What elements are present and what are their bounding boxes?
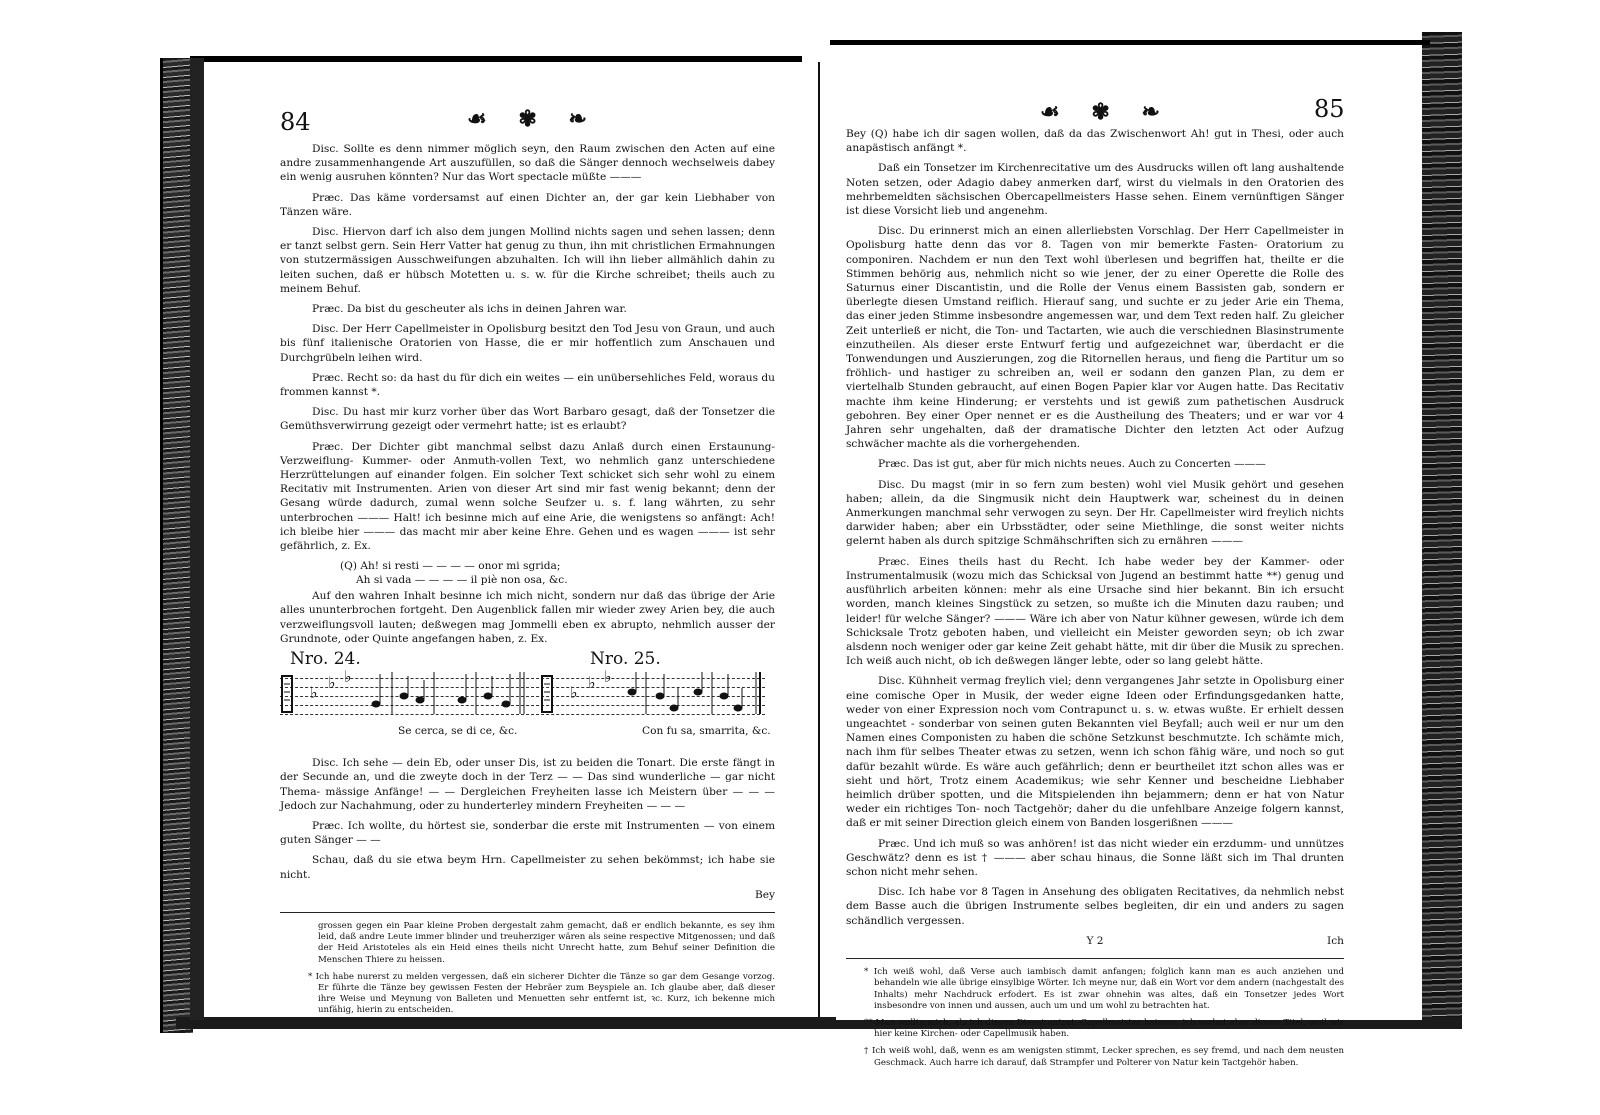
left-page-body: Disc. Sollte es denn nimmer möglich seyn…	[280, 142, 775, 1023]
paragraph: Disc. Der Herr Capellmeister in Opolisbu…	[280, 322, 775, 365]
paragraph: Præc. Der Dichter gibt manchmal selbst d…	[280, 440, 775, 554]
footnotes: * Ich weiß wohl, daß Verse auch iambisch…	[846, 967, 1344, 1069]
music-notation: ♭♭♭ ♭♭♭	[280, 670, 765, 720]
footnote: * Ich weiß wohl, daß Verse auch iambisch…	[864, 967, 1344, 1012]
paragraph: Daß ein Tonsetzer im Kirchenrecitative u…	[846, 161, 1344, 218]
header-ornament: ☙ ✾ ❧	[467, 106, 599, 132]
paragraph: Disc. Hiervon darf ich also dem jungen M…	[280, 225, 775, 296]
right-page: 85 ☙ ✾ ❧ Bey (Q) habe ich dir sagen woll…	[836, 45, 1422, 1020]
footnote-text: Ich habe nurerst zu melden vergessen, da…	[316, 972, 775, 1016]
paragraph: Præc. Das ist gut, aber für mich nichts …	[846, 457, 1344, 471]
paragraph: Præc. Das käme vordersamst auf einen Dic…	[280, 191, 775, 219]
right-page-body: Bey (Q) habe ich dir sagen wollen, daß d…	[846, 127, 1344, 1075]
music-example-label: Nro. 24.	[290, 652, 361, 666]
paragraph: Disc. Du erinnerst mich an einen allerli…	[846, 224, 1344, 451]
footnote: grossen gegen ein Paar kleine Proben der…	[308, 921, 775, 966]
footnote-marker: †	[864, 1046, 869, 1056]
paragraph: Bey (Q) habe ich dir sagen wollen, daß d…	[846, 127, 1344, 155]
footnote-rule	[280, 912, 775, 913]
music-example-label: Nro. 25.	[590, 652, 661, 666]
paragraph: Disc. Ich sehe — dein Eb, oder unser Dis…	[280, 756, 775, 813]
footnote-text: grossen gegen ein Paar kleine Proben der…	[318, 921, 775, 965]
footnote-text: Ich weiß wohl, daß, wenn es am wenigsten…	[872, 1046, 1344, 1067]
paragraph: Disc. Sollte es denn nimmer möglich seyn…	[280, 142, 775, 185]
book-gutter	[818, 62, 820, 1017]
book-cover-left-edge	[160, 58, 193, 1033]
catchword: Bey	[280, 888, 775, 902]
footnote: † Ich weiß wohl, daß, wenn es am wenigst…	[864, 1046, 1344, 1068]
header-ornament: ☙ ✾ ❧	[1040, 99, 1172, 125]
footnote-marker: **	[864, 1018, 873, 1028]
music-lyrics: Con fu sa, smarrita, &c.	[642, 724, 771, 738]
paragraph: Disc. Kühnheit vermag freylich viel; den…	[846, 674, 1344, 830]
footnote-text: Ich weiß wohl, daß Verse auch iambisch d…	[874, 967, 1344, 1011]
music-examples: Nro. 24. Nro. 25. ♭♭♭	[280, 652, 775, 752]
svg-text:♭: ♭	[604, 670, 612, 686]
book-cover-right-edge	[1422, 32, 1462, 1027]
footnote-rule	[846, 958, 1344, 959]
paragraph: Præc. Und ich muß so was anhören! ist da…	[846, 837, 1344, 880]
footnote: * Ich habe nurerst zu melden vergessen, …	[308, 972, 775, 1017]
paragraph: Præc. Recht so: da hast du für dich ein …	[280, 371, 775, 399]
svg-text:♭: ♭	[588, 673, 596, 692]
footnote-text: Man wollte mich, als ich diesen Dienst a…	[874, 1018, 1344, 1039]
footnotes: grossen gegen ein Paar kleine Proben der…	[280, 921, 775, 1017]
verse-quote: (Q) Ah! si resti — — — — onor mi sgrida;…	[340, 559, 775, 587]
svg-text:♭: ♭	[344, 670, 352, 686]
left-page: 84 ☙ ✾ ❧ Disc. Sollte es denn nimmer mög…	[205, 62, 800, 1017]
svg-text:♭: ♭	[328, 673, 336, 692]
paragraph: Præc. Da bist du gescheuter als ichs in …	[280, 302, 775, 316]
paragraph: Schau, daß du sie etwa beym Hrn. Capellm…	[280, 853, 775, 881]
verse-line: Ah si vada — — — — il piè non osa, &c.	[340, 573, 775, 587]
svg-text:♭: ♭	[310, 683, 318, 702]
left-page-inner-edge	[190, 58, 204, 1020]
page-number: 85	[1314, 95, 1345, 123]
paragraph: Præc. Eines theils hast du Recht. Ich ha…	[846, 555, 1344, 669]
paragraph: Disc. Du hast mir kurz vorher über das W…	[280, 405, 775, 433]
footnote: ** Man wollte mich, als ich diesen Diens…	[864, 1018, 1344, 1040]
music-staff: ♭♭♭ ♭♭♭	[280, 678, 765, 720]
paragraph: Disc. Du magst (mir in so fern zum beste…	[846, 478, 1344, 549]
paragraph: Disc. Ich habe vor 8 Tagen in Ansehung d…	[846, 885, 1344, 928]
paragraph: Auf den wahren Inhalt besinne ich mich n…	[280, 589, 775, 646]
music-lyrics: Se cerca, se di ce, &c.	[398, 724, 517, 738]
page-number: 84	[280, 108, 311, 136]
footnote-marker: *	[308, 972, 312, 982]
paragraph: Præc. Ich wollte, du hörtest sie, sonder…	[280, 819, 775, 847]
footnote-marker: *	[864, 967, 868, 977]
svg-text:♭: ♭	[570, 683, 578, 702]
verse-line: (Q) Ah! si resti — — — — onor mi sgrida;	[340, 559, 775, 573]
